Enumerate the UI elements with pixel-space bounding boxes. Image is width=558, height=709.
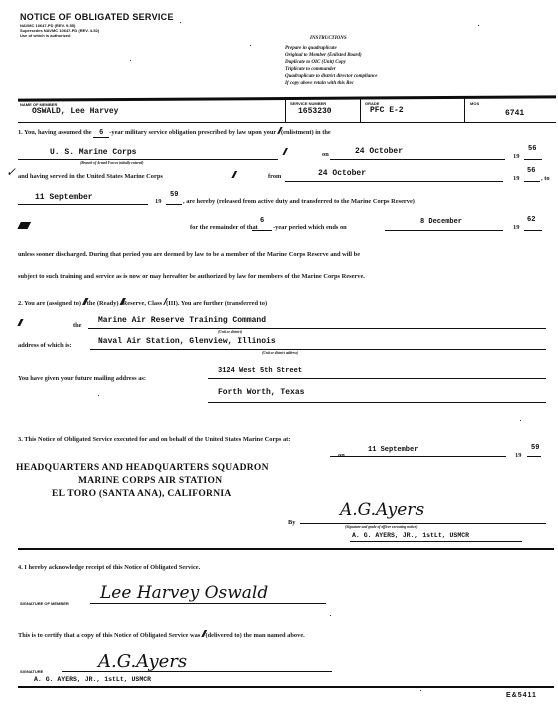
remainder-years: 6 (260, 217, 264, 225)
execution-date: 11 September (368, 446, 418, 454)
check-mark: ✓ (6, 165, 16, 179)
year-line (524, 159, 542, 160)
sec1-line5: unless sooner discharged. During that pe… (18, 251, 360, 258)
certifier-signature-line (62, 671, 332, 672)
address-label: address of which is: (18, 342, 72, 349)
form-subline-3: Use of which is authorized (20, 33, 70, 38)
remainder-text: for the remainder of that (190, 224, 258, 231)
strikethrough-mark: ///////// (83, 297, 86, 308)
officer-signature-line (300, 523, 546, 524)
officer-name-line (350, 541, 522, 542)
released-date: 11 September (35, 193, 93, 202)
mailing-line1-rule (208, 378, 546, 379)
strikethrough-mark: /////// (202, 629, 204, 640)
certifier-signature: A.G.Ayers (98, 651, 187, 672)
instruction-line: If copy above retain with this Rec (285, 81, 354, 87)
strikethrough-mark: ////// (278, 126, 280, 137)
member-name: OSWALD, Lee Harvey (32, 107, 118, 116)
certifier-signature-label: SIGNATURE (20, 669, 43, 674)
strikethrough-mark: //////// (18, 318, 20, 329)
unit-address: Naval Air Station, Glenview, Illinois (98, 337, 276, 346)
hq-line1: HEADQUARTERS AND HEADQUARTERS SQUADRON (16, 463, 269, 473)
instruction-line: Prepare in quadruplicate (285, 46, 337, 52)
strikethrough-mark: /////// (232, 170, 234, 181)
instruction-line: Original to Member (Enlisted Board) (285, 53, 362, 59)
service-number: 1653230 (298, 107, 332, 116)
sec4-ack-text: 4. I hereby acknowledge receipt of this … (18, 564, 200, 571)
certify-text: This is to certify that a copy of this N… (18, 629, 305, 640)
end-date: 8 December (420, 218, 462, 226)
nineteen: 19 (513, 153, 519, 160)
member-signature-line (90, 603, 326, 604)
address-sublabel: (Unit or district address) (262, 351, 298, 355)
bottom-rule (18, 686, 554, 688)
service-number-label: SERVICE NUMBER (290, 101, 326, 106)
unit: Marine Air Reserve Training Command (98, 316, 266, 325)
released-text: , are hereby (released from active duty … (183, 198, 415, 205)
year-line (527, 456, 541, 457)
served-from-line (285, 181, 503, 182)
address-line (90, 349, 546, 350)
sec1-text: 1. You, having assumed the 6-year milita… (18, 126, 331, 138)
year-line (524, 181, 540, 182)
sec3-text: 3. This Notice of Obligated Service exec… (18, 436, 290, 443)
entry-date: 24 October (355, 147, 403, 156)
officer-sig-sublabel: (Signature and grade of officer executin… (345, 525, 417, 529)
member-signature: Lee Harvey Oswald (100, 583, 268, 603)
nineteen: 19 (513, 224, 519, 231)
member-signature-label: SIGNATURE OF MEMBER (20, 601, 69, 606)
instruction-line: Quadruplicate to district director compl… (285, 74, 378, 80)
to-label: , to (541, 175, 550, 182)
instructions-heading: INSTRUCTIONS (310, 36, 347, 42)
form-title: NOTICE OF OBLIGATED SERVICE (20, 12, 174, 22)
strikethrough-mark: ////// (283, 147, 285, 158)
the-label: the (73, 322, 82, 329)
officer-signature: A.G.Ayers (340, 500, 424, 520)
mailing-line2-rule (208, 402, 546, 403)
form-number: E&5411 (506, 692, 537, 699)
mailing-address-line2: Forth Worth, Texas (218, 388, 304, 397)
cell-divider (464, 98, 465, 122)
branch-sublabel: (Branch of Armed Forces initially entere… (80, 161, 143, 165)
released-date-line (18, 204, 148, 205)
on-label: on (322, 151, 329, 158)
by-label: By (288, 519, 295, 526)
nineteen: 19 (513, 175, 519, 182)
branch-line (18, 159, 278, 160)
cell-divider (285, 98, 286, 122)
mos-label: MOS (470, 101, 479, 106)
end-year: 62 (527, 216, 535, 224)
strikethrough-mark: /// (164, 297, 165, 308)
instruction-line: Duplicate to OIC (Unit) Copy (285, 60, 346, 66)
years-line (252, 230, 272, 231)
hq-line3: EL TORO (SANTA ANA), CALIFORNIA (52, 489, 232, 499)
released-year: 59 (170, 191, 178, 199)
branch: U. S. Marine Corps (50, 148, 136, 157)
hq-line2: MARINE CORPS AIR STATION (78, 476, 222, 486)
sec2-line1: 2. You are (assigned to) ///////// the (… (18, 297, 267, 308)
header-bottom-rule (18, 122, 556, 123)
end-date-line (385, 230, 503, 231)
sec1-line6: subject to such training and service as … (18, 273, 365, 280)
execution-date-line (330, 456, 506, 457)
unit-sublabel: (Unit or district) (218, 330, 242, 334)
year-line (166, 204, 182, 205)
served-text: and having served in the United States M… (18, 173, 163, 180)
section-divider (18, 548, 554, 550)
unit-line (88, 328, 546, 329)
year-line (524, 230, 542, 231)
mos: 6741 (505, 109, 524, 118)
strikethrough-discharged: /////////////////////////////////// (18, 221, 28, 232)
obligation-years: 6 (93, 129, 109, 138)
officer-name: A. G. AYERS, JR., 1stLt, USMCR (352, 532, 469, 539)
entry-year: 56 (528, 145, 536, 153)
mailing-label: You have given your future mailing addre… (18, 375, 146, 382)
period-text: -year period which ends on (273, 224, 347, 231)
cell-divider (360, 98, 361, 122)
served-from-date: 24 October (318, 169, 366, 178)
execution-year: 59 (531, 444, 539, 452)
grade: PFC E-2 (370, 106, 404, 115)
served-from-year: 56 (527, 167, 535, 175)
entry-date-line (330, 159, 505, 160)
nineteen: 19 (515, 452, 521, 459)
mailing-address-line1: 3124 West 5th Street (218, 367, 302, 375)
instruction-line: Triplicate to commander (285, 67, 336, 73)
certifier-name: A. G. AYERS, JR., 1stLt, USMCR (34, 676, 151, 683)
from-label: from (268, 173, 281, 180)
nineteen: 19 (155, 198, 161, 205)
